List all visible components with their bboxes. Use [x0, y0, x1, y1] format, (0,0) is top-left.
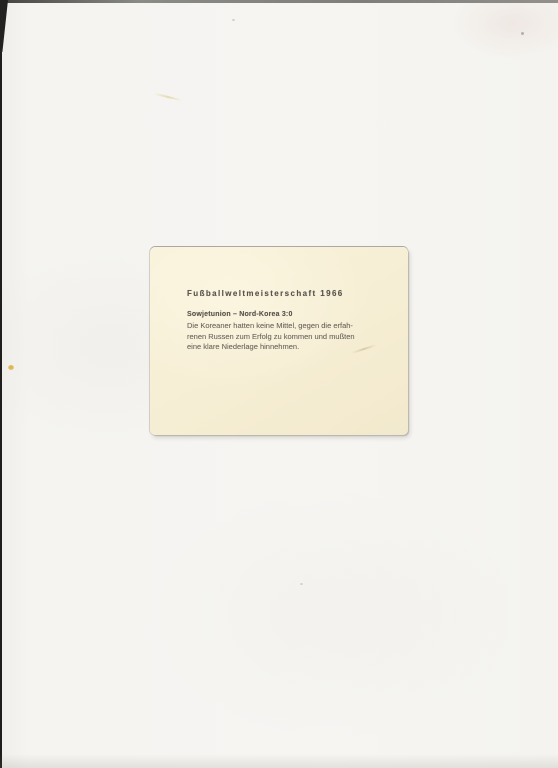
- scan-bottom-shade: [0, 754, 558, 768]
- card-description-line: renen Russen zum Erfolg zu kommen und mu…: [187, 332, 387, 343]
- card-title: Fußballweltmeisterschaft 1966: [187, 289, 387, 298]
- scanned-album-page: Fußballweltmeisterschaft 1966 Sowjetunio…: [0, 0, 558, 768]
- card-text-block: Fußballweltmeisterschaft 1966 Sowjetunio…: [187, 289, 387, 353]
- scan-edge-left: [0, 0, 2, 768]
- dust-speck: [300, 583, 303, 585]
- card-description-line: Die Koreaner hatten keine Mittel, gegen …: [187, 321, 387, 332]
- scan-edge-top: [0, 0, 558, 3]
- dust-speck: [521, 32, 524, 35]
- scratch-mark: [153, 92, 183, 101]
- yellow-speck: [8, 365, 14, 370]
- card-back: Fußballweltmeisterschaft 1966 Sowjetunio…: [150, 247, 408, 435]
- scan-edge-left-corner: [0, 0, 8, 52]
- match-result: Sowjetunion – Nord-Korea 3:0: [187, 311, 387, 318]
- dust-speck: [232, 19, 235, 21]
- card-description: Die Koreaner hatten keine Mittel, gegen …: [187, 321, 387, 353]
